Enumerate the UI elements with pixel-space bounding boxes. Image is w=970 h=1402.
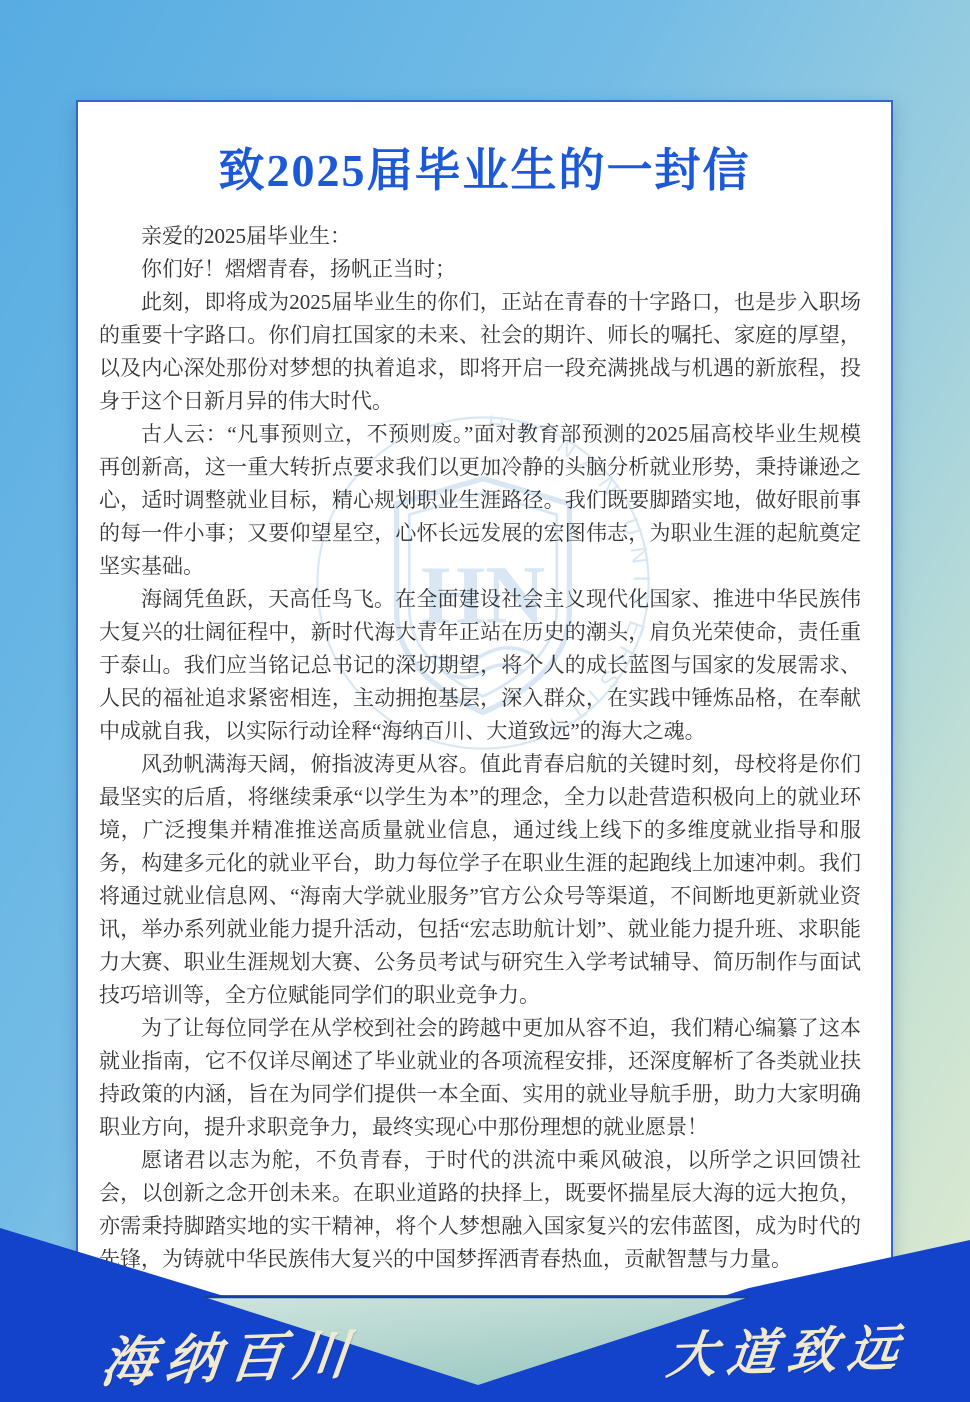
letter-paragraph: 古人云：“凡事预则立，不预则废。”面对教育部预测的2025届高校毕业生规模再创新…: [99, 418, 861, 583]
page: { "letter": { "title": "致2025届毕业生的一封信", …: [0, 0, 970, 1402]
letter-paragraph: 海阔凭鱼跃，天高任鸟飞。在全面建设社会主义现代化国家、推进中华民族伟大复兴的壮阔…: [99, 583, 861, 748]
letter-title: 致2025届毕业生的一封信: [98, 134, 871, 200]
letter-paragraphs: 此刻，即将成为2025届毕业生的你们，正站在青春的十字路口，也是步入职场的重要十…: [99, 286, 861, 1276]
letter-greeting: 你们好！熠熠青春，扬帆正当时；: [99, 253, 861, 286]
letter-paper: HAINAN UNIVERSITY HN 致2025届毕业生的一封信 亲爱的20…: [76, 100, 893, 1297]
letter-paragraph: 风劲帆满海天阔，俯指波涛更从容。值此青春启航的关键时刻，母校将是你们最坚实的后盾…: [99, 748, 861, 1012]
letter-paragraph: 此刻，即将成为2025届毕业生的你们，正站在青春的十字路口，也是步入职场的重要十…: [99, 286, 861, 418]
calligraphy-dadaozhiyuan: 大道致远: [664, 1308, 913, 1388]
letter-salutation: 亲爱的2025届毕业生：: [99, 220, 861, 253]
letter-paragraph: 为了让每位同学在从学校到社会的跨越中更加从容不迫，我们精心编纂了这本就业指南，它…: [99, 1012, 861, 1144]
calligraphy-hainabaichuan: 海纳百川: [97, 1312, 362, 1398]
